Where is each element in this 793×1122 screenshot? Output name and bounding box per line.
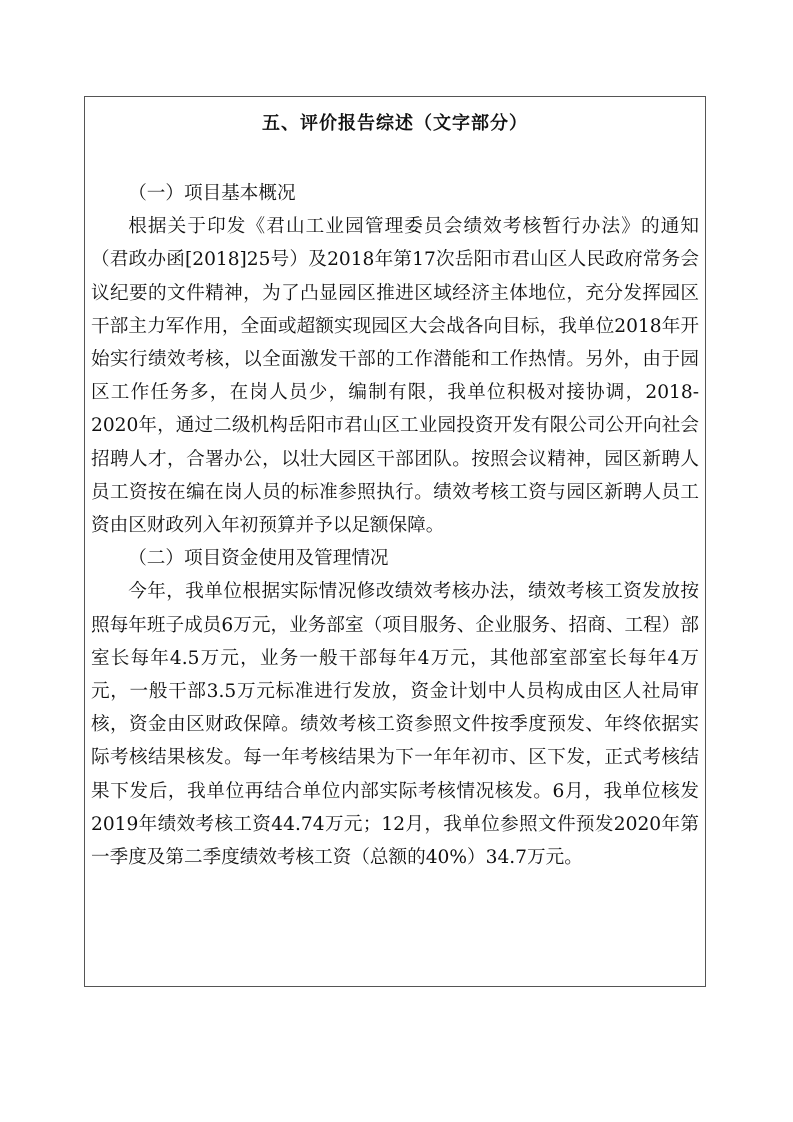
subsection-heading-funds-management: （二）项目资金使用及管理情况 (91, 542, 699, 575)
report-frame: 五、评价报告综述（文字部分） （一）项目基本概况 根据关于印发《君山工业园管理委… (84, 96, 706, 987)
section-title: 五、评价报告综述（文字部分） (85, 109, 705, 135)
paragraph-project-overview: 根据关于印发《君山工业园管理委员会绩效考核暂行办法》的通知（君政办函[2018]… (91, 210, 699, 542)
paragraph-funds-management: 今年，我单位根据实际情况修改绩效考核办法，绩效考核工资发放按照每年班子成员6万元… (91, 575, 699, 874)
subsection-heading-project-overview: （一）项目基本概况 (91, 177, 699, 210)
report-content: （一）项目基本概况 根据关于印发《君山工业园管理委员会绩效考核暂行办法》的通知（… (91, 177, 699, 874)
